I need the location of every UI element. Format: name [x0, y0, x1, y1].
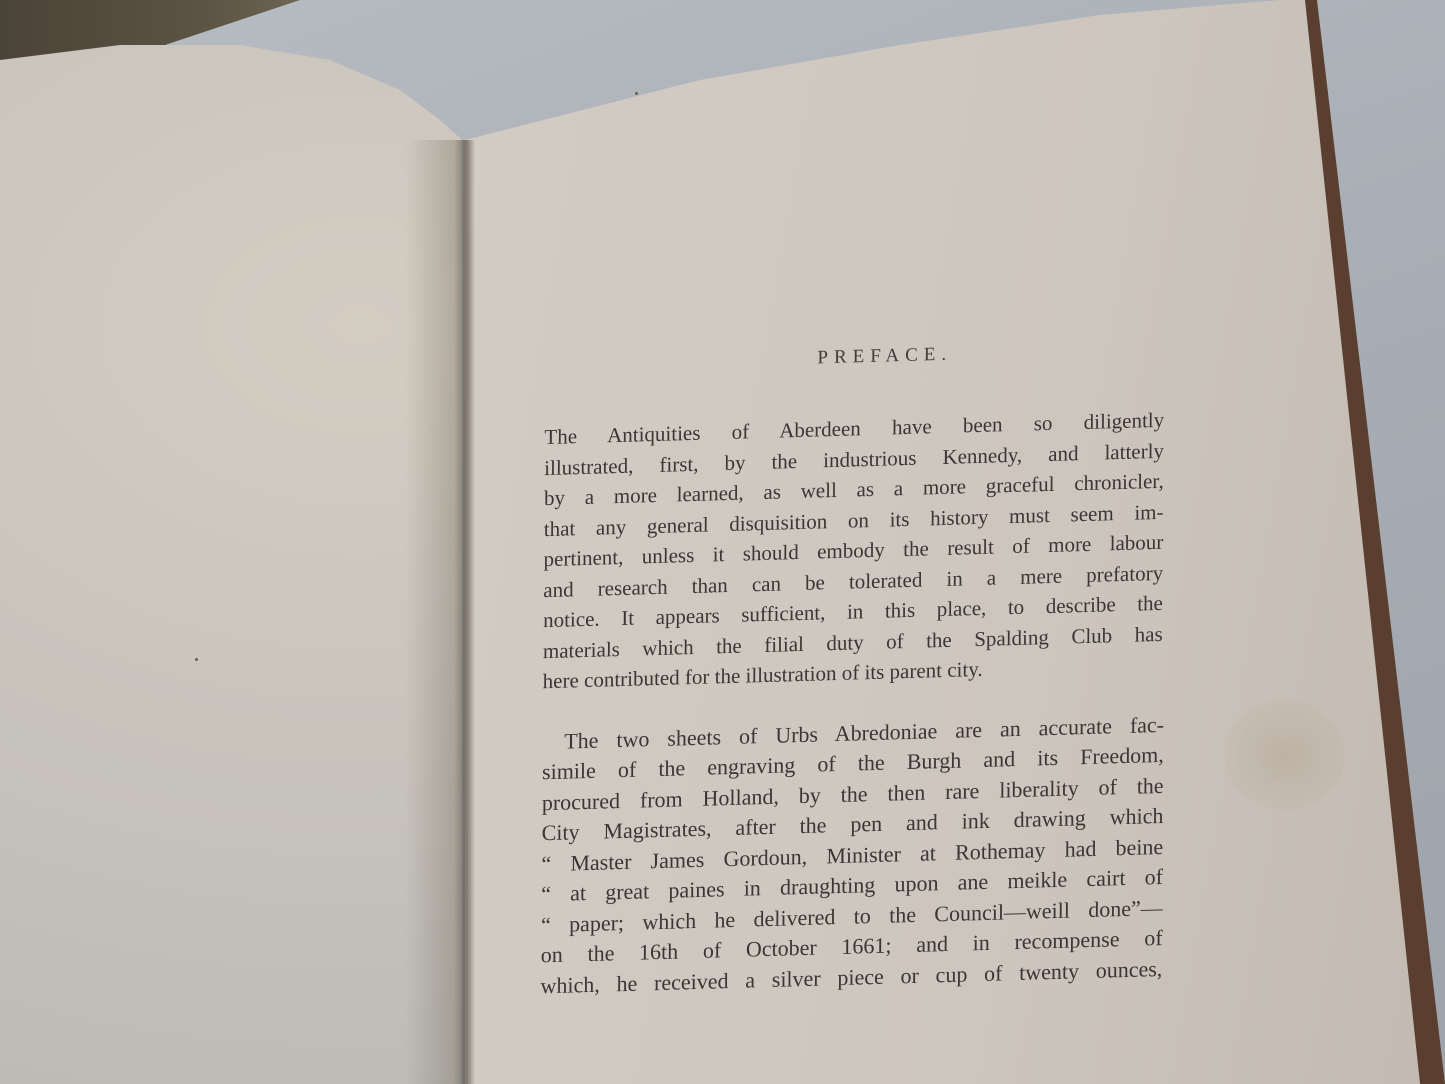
page-speck — [195, 658, 198, 661]
page-speck — [635, 92, 638, 95]
paragraph-1: The Antiquities of Aberdeen have been so… — [543, 405, 1165, 697]
foxing-stain — [1225, 700, 1345, 810]
book-photo: PREFACE. The Antiquities of Aberdeen hav… — [0, 0, 1445, 1084]
page-text: PREFACE. The Antiquities of Aberdeen hav… — [540, 338, 1164, 1032]
book-gutter — [405, 140, 475, 1084]
paragraph-2: The two sheets of Urbs Abredoniae are an… — [540, 709, 1164, 1001]
